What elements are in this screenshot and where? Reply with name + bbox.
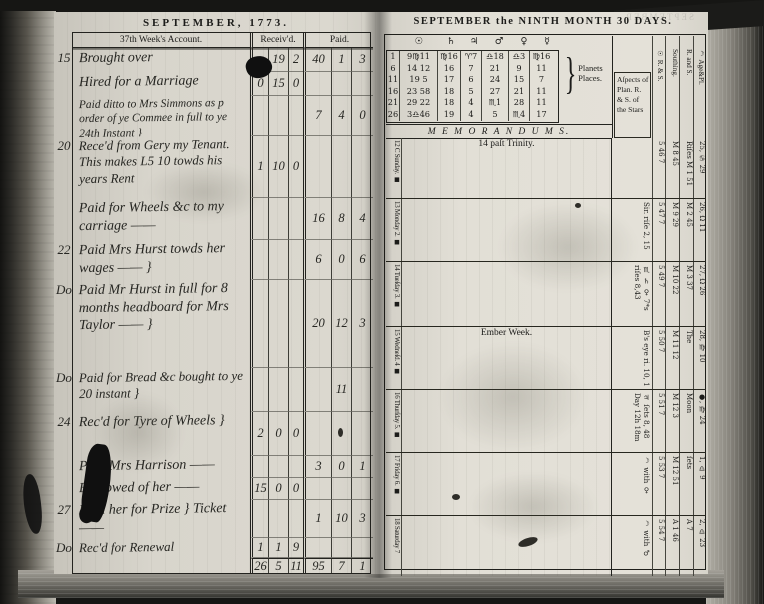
planets-places-label: } Planets Places. <box>560 54 612 94</box>
ledger-desc: Paid Mr Hurst in full for 8 months headb… <box>71 279 250 369</box>
day-row: 16 Thurſday 5. ◼♃ ſets 8, 48 Day 12h 18m… <box>386 390 706 453</box>
sun-rise-set-cell: 5 50 7 <box>652 327 665 389</box>
planets-cell: 16 <box>437 63 460 75</box>
day-row: 17 Friday 6. ◼☽ with ♀5 53 7M 12 51ſets1… <box>386 453 706 516</box>
paid-shillings: 0 <box>331 456 351 478</box>
planets-cell: ♎3 <box>508 51 529 63</box>
paid-pounds <box>303 412 331 456</box>
planets-cell: 24 <box>481 74 508 86</box>
memo-note: 14 paſt Trinity. <box>402 139 611 149</box>
received-shillings <box>268 280 288 368</box>
received-pence: 2 <box>288 48 303 72</box>
received-total-pounds: 26 <box>250 558 268 574</box>
planets-cell: 18 <box>437 86 460 98</box>
column-header-sun-rise-set: ☉ R. & S. <box>652 36 665 138</box>
received-total-shillings: 5 <box>268 558 288 574</box>
day-row: 12 C Sunday. ◼14 paſt Trinity.5 46 7M 8 … <box>386 138 706 199</box>
column-header-moon-age-place: ☽ Age&Pl. <box>693 36 706 138</box>
ledger-desc: Paid ditto to Mrs Simmons as p order of … <box>72 95 251 137</box>
received-pence: 0 <box>288 136 303 198</box>
ledger-date: 24 <box>56 412 72 456</box>
page-gutter-shadow <box>364 10 392 578</box>
paid-pounds <box>303 136 331 198</box>
ledger-date: 20 <box>56 136 72 198</box>
ledger-desc: Paid for Bread &c bought to ye 20 instan… <box>72 367 251 413</box>
moon-rise-set-cell: Riſes M 1 51 <box>679 138 693 198</box>
planets-cell: ♈7 <box>460 51 481 63</box>
paid-pounds: 1 <box>303 500 331 538</box>
moon-rise-set-cell: A 7 <box>679 516 693 576</box>
received-shillings: 0 <box>268 478 288 500</box>
paid-pounds: 40 <box>303 48 331 72</box>
received-pence: 0 <box>288 478 303 500</box>
memo-note: Ember Week. <box>402 328 611 338</box>
received-pounds <box>250 240 268 280</box>
aspects-header-cell: Aſpects of Plan. R. & S. of the Stars <box>612 36 652 138</box>
paid-shillings: 10 <box>331 500 351 538</box>
right-page: SEPTEMBER SEPTEMBER the NINTH MONTH 30 D… <box>378 12 708 574</box>
received-pence <box>288 198 303 240</box>
ledger-desc: Rec'd for Renewal <box>72 537 250 559</box>
received-shillings <box>268 368 288 412</box>
sun-rise-set-cell: 5 51 7 <box>652 390 665 452</box>
planet-symbol: ♄ <box>439 36 463 49</box>
planets-cell: ♏4 <box>508 109 529 121</box>
ledger-date: Do <box>56 280 72 368</box>
moon-rise-set-cell: M 2 45 <box>679 199 693 261</box>
planets-cell: 17 <box>437 74 460 86</box>
received-pounds <box>250 198 268 240</box>
ledger-totals-row: 265119571 <box>56 558 373 574</box>
ledger-row: 22Paid Mrs Hurst towds her wages —— }606 <box>56 240 373 280</box>
received-shillings: 0 <box>268 412 288 456</box>
paid-shillings: 11 <box>331 368 351 412</box>
planet-symbol: ♂ <box>485 36 513 49</box>
planets-row: 614 1216721911 <box>387 63 558 75</box>
planets-cell: 11 <box>529 63 553 75</box>
day-row: 13 Monday 2. ◼Sir. riſe 2, 155 47 7M 9 2… <box>386 199 706 262</box>
received-pence: 9 <box>288 538 303 558</box>
planets-row: 1623 58185272111 <box>387 86 558 98</box>
paid-shillings <box>331 136 351 198</box>
ink-speck <box>452 494 460 500</box>
ledger-date: 15 <box>56 48 72 72</box>
southing-cell: M 12 51 <box>665 453 679 515</box>
paid-shillings: 8 <box>331 198 351 240</box>
paid-shillings <box>331 538 351 558</box>
planets-cell: 5 <box>460 86 481 98</box>
planets-cell: ♍16 <box>437 51 460 63</box>
ledger-header: 37th Week's Account. Receiv'd. Paid. <box>56 32 373 48</box>
ledger-header-account: 37th Week's Account. <box>72 32 250 48</box>
moon-rise-set-cell: Moon <box>679 390 693 452</box>
astro-column-headers: Aſpects of Plan. R. & S. of the Stars ☉ … <box>612 36 706 138</box>
southing-cell: M 8 45 <box>665 138 679 198</box>
planets-cell: 23 58 <box>399 86 437 98</box>
moon-age-place-cell: 26, Ω 11 <box>693 199 706 261</box>
planets-cell: 21 <box>481 63 508 75</box>
received-shillings <box>268 198 288 240</box>
paid-total-pounds: 95 <box>303 558 331 574</box>
received-total-pence: 11 <box>288 558 303 574</box>
received-pounds <box>250 368 268 412</box>
planets-row: 2129 22184♏12811 <box>387 97 558 109</box>
ledger-date <box>56 478 72 500</box>
memo-cell <box>402 390 612 452</box>
ledger-date: 22 <box>56 240 72 280</box>
aspects-header: Aſpects of Plan. R. & S. of the Stars <box>614 72 651 138</box>
paid-shillings: 1 <box>331 48 351 72</box>
memo-cell <box>402 516 612 576</box>
received-pence <box>288 96 303 136</box>
planets-cell: 4 <box>460 97 481 109</box>
book-photo: SEPTEMBER, 1773. 37th Week's Account. Re… <box>0 0 764 604</box>
received-shillings: 10 <box>268 136 288 198</box>
memo-cell <box>402 453 612 515</box>
received-pence <box>288 368 303 412</box>
paid-pounds <box>303 368 331 412</box>
paid-shillings: 12 <box>331 280 351 368</box>
planets-cell: 14 12 <box>399 63 437 75</box>
planets-cell: 27 <box>481 86 508 98</box>
planets-cell: ♏1 <box>481 97 508 109</box>
paid-pounds: 3 <box>303 456 331 478</box>
planets-cell: 9 <box>508 63 529 75</box>
ledger-desc: Paid for Wheels &c to my carriage —— <box>72 197 251 241</box>
ledger-desc <box>72 557 250 575</box>
planets-row: 19♍11♍16♈7♎18♎3♍16 <box>387 51 558 63</box>
received-shillings: 15 <box>268 72 288 96</box>
ledger-date <box>56 96 72 136</box>
memo-cell <box>402 262 612 326</box>
aspect-cell: Sir. riſe 2, 15 <box>612 199 652 261</box>
planets-cell: ♍16 <box>529 51 553 63</box>
received-pounds: 2 <box>250 412 268 456</box>
aspect-cell: ♏ ♄ ♀ 7*s riſes 8,43 <box>612 262 652 326</box>
received-pence <box>288 456 303 478</box>
ledger-desc: Rece'd from Gery my Tenant. This makes L… <box>72 135 251 199</box>
received-shillings <box>268 500 288 538</box>
ink-speck <box>575 203 581 208</box>
planets-cell: 7 <box>460 63 481 75</box>
ledger-date <box>56 558 72 574</box>
planets-cell: 19 <box>437 109 460 121</box>
planets-row: 263♎461945♏417 <box>387 109 558 121</box>
planets-cell: 18 <box>437 97 460 109</box>
moon-age-place-cell: 1, ♎ 9 <box>693 453 706 515</box>
southing-cell: M 11 12 <box>665 327 679 389</box>
aspect-cell: ♃ ſets 8, 48 Day 12h 18m <box>612 390 652 452</box>
ledger-row: Hired for a Marriage0150 <box>56 72 373 96</box>
ledger-header-margin <box>56 32 72 48</box>
received-pounds: 1 <box>250 136 268 198</box>
moon-rise-set-cell: M 3 37 <box>679 262 693 326</box>
ledger-row: Paid ditto to Mrs Simmons as p order of … <box>56 96 373 136</box>
planets-cell: 21 <box>508 86 529 98</box>
ink-speck <box>338 428 343 437</box>
planets-cell: 3♎46 <box>399 109 437 121</box>
received-pence: 0 <box>288 412 303 456</box>
received-shillings <box>268 96 288 136</box>
ledger-date: Do <box>56 368 72 412</box>
planets-cell: ♎18 <box>481 51 508 63</box>
day-row: 14 Tueſday 3. ◼♏ ♄ ♀ 7*s riſes 8,435 49 … <box>386 262 706 327</box>
paid-shillings: 4 <box>331 96 351 136</box>
planets-cell: 19 5 <box>399 74 437 86</box>
received-pounds: 1 <box>250 538 268 558</box>
memo-cell <box>402 199 612 261</box>
received-pounds <box>250 280 268 368</box>
moon-rise-set-cell: The <box>679 327 693 389</box>
moon-age-place-cell: 27, Ω 26 <box>693 262 706 326</box>
planets-cell: 4 <box>460 109 481 121</box>
memo-cell: Ember Week. <box>402 327 612 389</box>
southing-cell: M 9 29 <box>665 199 679 261</box>
planets-cell: 17 <box>529 109 553 121</box>
sun-rise-set-cell: 5 53 7 <box>652 453 665 515</box>
planets-table: 19♍11♍16♈7♎18♎3♍16614 12167219111119 517… <box>386 50 559 123</box>
planet-symbols-row: ☉♄♃♂♀☿ <box>386 36 612 49</box>
moon-age-place-cell: ●, ♍ 24 <box>693 390 706 452</box>
aspect-cell <box>612 138 652 198</box>
planets-cell: 11 <box>529 97 553 109</box>
aspect-cell: B's eye ri. 10, 1 <box>612 327 652 389</box>
received-pounds <box>250 500 268 538</box>
sun-rise-set-cell: 5 54 7 <box>652 516 665 576</box>
southing-cell: M 12 3 <box>665 390 679 452</box>
ledger-date: 27 <box>56 500 72 538</box>
paid-pounds <box>303 478 331 500</box>
ledger-desc: Brought over <box>72 47 250 73</box>
received-pounds <box>250 456 268 478</box>
moon-age-place-cell: 25, ♋ 29 <box>693 138 706 198</box>
ledger-date <box>56 198 72 240</box>
sun-rise-set-cell: 5 46 7 <box>652 138 665 198</box>
left-page-title: SEPTEMBER, 1773. <box>54 17 378 29</box>
day-rows: 12 C Sunday. ◼14 paſt Trinity.5 46 7M 8 … <box>386 138 706 576</box>
planet-symbol: ☉ <box>399 36 439 49</box>
day-row: 18 Saturday 7☽ with ♂5 54 7A 1 46A 72, ♎… <box>386 516 706 576</box>
moon-rise-set-cell: ſets <box>679 453 693 515</box>
paid-shillings: 0 <box>331 240 351 280</box>
received-shillings: 1 <box>268 538 288 558</box>
planet-symbol: ♀ <box>513 36 535 49</box>
brace-icon: } <box>565 54 577 94</box>
planets-cell: 9♍11 <box>399 51 437 63</box>
planets-cell: 11 <box>529 86 553 98</box>
column-header-southing: Southing. <box>665 36 679 138</box>
received-pence <box>288 280 303 368</box>
sun-rise-set-cell: 5 47 7 <box>652 199 665 261</box>
right-page-title: SEPTEMBER the NINTH MONTH 30 DAYS. <box>378 16 708 27</box>
ledger-row: 20Rece'd from Gery my Tenant. This makes… <box>56 136 373 198</box>
paid-total-shillings: 7 <box>331 558 351 574</box>
column-header-moon-rise-set: R. and S. <box>679 36 693 138</box>
memo-cell: 14 paſt Trinity. <box>402 138 612 198</box>
ledger-row: Paid for Wheels &c to my carriage ——1684 <box>56 198 373 240</box>
moon-age-place-cell: 2, ♎ 23 <box>693 516 706 576</box>
moon-age-place-cell: 28, ♍ 10 <box>693 327 706 389</box>
planets-cell: 6 <box>460 74 481 86</box>
ledger-row: DoPaid for Bread &c bought to ye 20 inst… <box>56 368 373 412</box>
received-pounds: 15 <box>250 478 268 500</box>
ledger-row: DoPaid Mr Hurst in full for 8 months hea… <box>56 280 373 368</box>
ledger-row: 15Brought over1924013 <box>56 48 373 72</box>
planets-cell: 7 <box>529 74 553 86</box>
planets-cell: 29 22 <box>399 97 437 109</box>
paid-pounds: 7 <box>303 96 331 136</box>
received-shillings <box>268 456 288 478</box>
received-pence <box>288 240 303 280</box>
memorandums-title: M E M O R A N D U M S. <box>386 124 612 139</box>
planets-cell: 15 <box>508 74 529 86</box>
ledger-date <box>56 456 72 478</box>
ledger-desc: Paid Mrs Hurst towds her wages —— } <box>72 239 251 281</box>
received-pence <box>288 500 303 538</box>
ledger-desc: Hired for a Marriage <box>72 71 250 97</box>
planets-cell: 5 <box>481 109 508 121</box>
aspect-cell: ☽ with ♂ <box>612 516 652 576</box>
paid-pounds <box>303 72 331 96</box>
ledger-header-received: Receiv'd. <box>250 32 303 48</box>
page-fore-edge <box>706 0 764 604</box>
received-shillings <box>268 240 288 280</box>
planets-cell: 28 <box>508 97 529 109</box>
received-pounds <box>250 96 268 136</box>
paid-pounds: 16 <box>303 198 331 240</box>
southing-cell: M 10 22 <box>665 262 679 326</box>
southing-cell: A 1 46 <box>665 516 679 576</box>
received-pence: 0 <box>288 72 303 96</box>
ledger-header-paid: Paid. <box>303 32 373 48</box>
day-row: 15 Wedneſd. 4 ◼Ember Week.B's eye ri. 10… <box>386 327 706 390</box>
sun-rise-set-cell: 5 49 7 <box>652 262 665 326</box>
planets-row: 1119 517624157 <box>387 74 558 86</box>
planet-symbol: ☿ <box>535 36 559 49</box>
paid-pounds <box>303 538 331 558</box>
paid-pounds: 6 <box>303 240 331 280</box>
ledger-row: DoRec'd for Renewal119 <box>56 538 373 558</box>
ledger-date: Do <box>56 538 72 558</box>
planet-symbol: ♃ <box>463 36 485 49</box>
aspect-cell: ☽ with ♀ <box>612 453 652 515</box>
paid-shillings <box>331 478 351 500</box>
paid-pounds: 20 <box>303 280 331 368</box>
ledger-date <box>56 72 72 96</box>
paid-shillings <box>331 72 351 96</box>
